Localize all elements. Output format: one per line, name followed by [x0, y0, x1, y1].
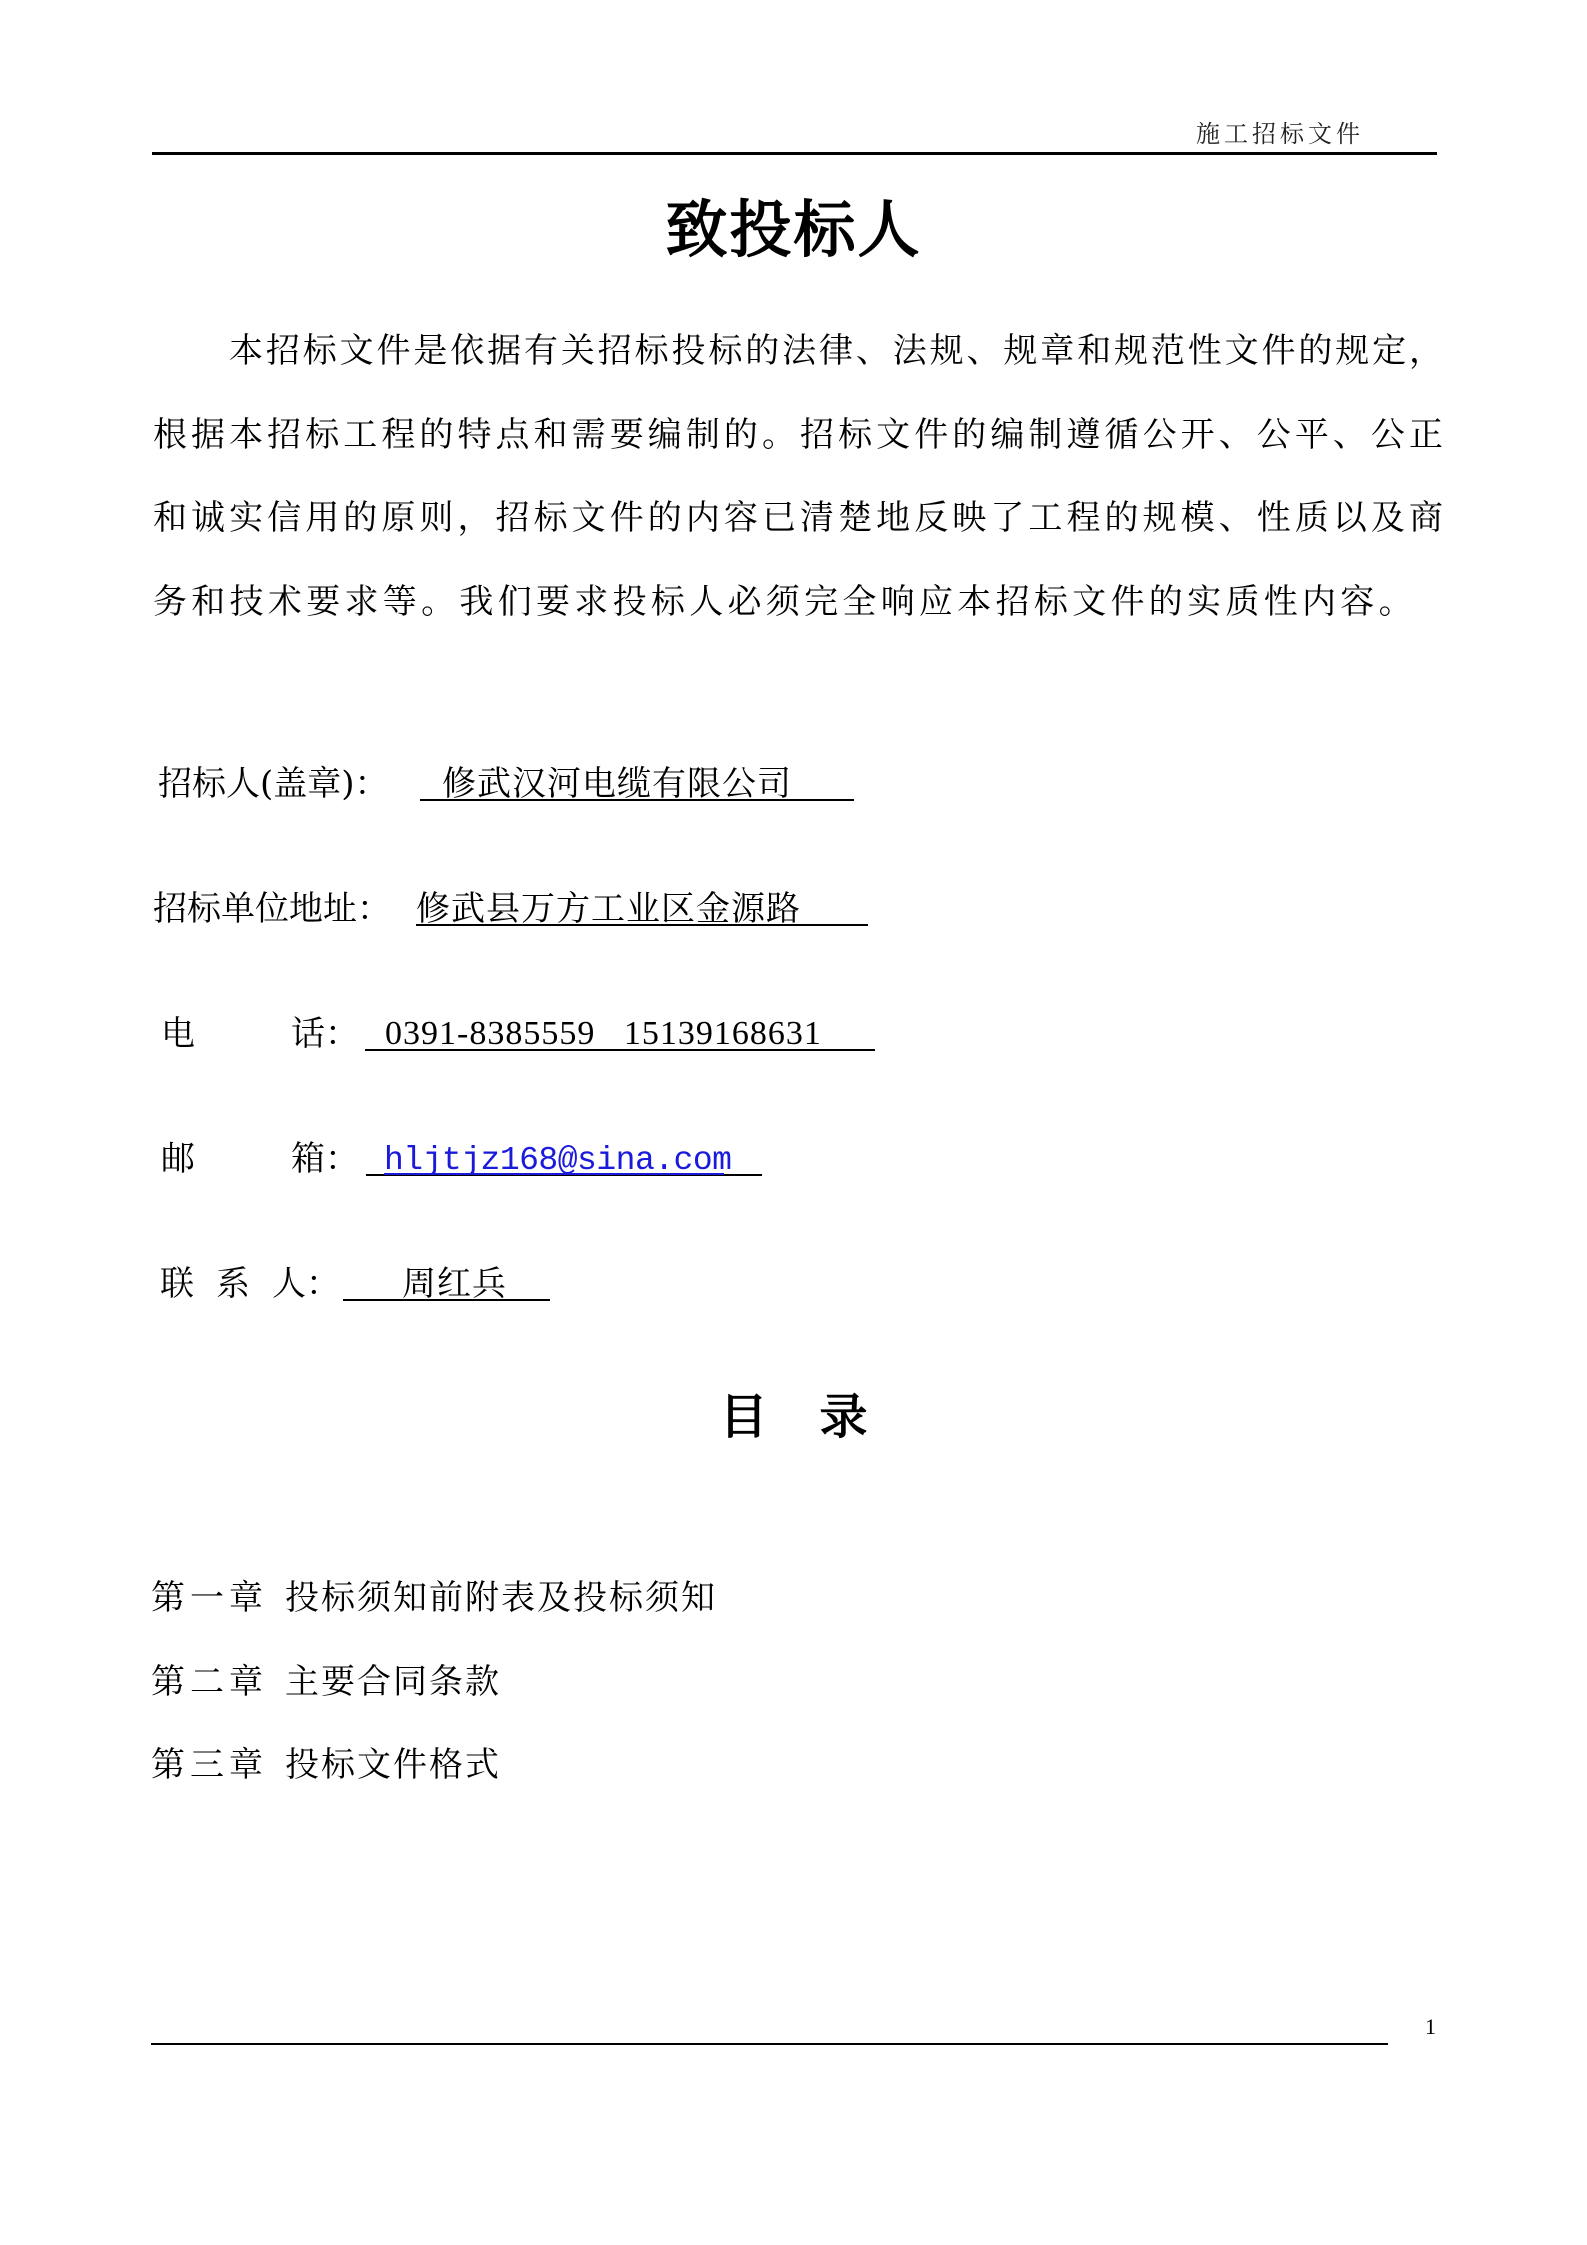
- toc-title-char: 目: [719, 1378, 767, 1447]
- phone-row: 电 话： 0391-8385559 15139168631: [0, 1012, 1587, 1056]
- address-label: 招标单位地址：: [153, 887, 391, 931]
- toc-chapter-title: 投标须知前附表及投标须知: [285, 1576, 717, 1620]
- contact-row: 联 系 人： 周红兵: [0, 1262, 1587, 1306]
- address-underline: [416, 924, 868, 926]
- toc-chapter: 第三章: [151, 1743, 268, 1787]
- contact-label-a: 联: [160, 1262, 194, 1306]
- email-link-underline: [384, 1173, 724, 1175]
- phone-underline: [365, 1049, 875, 1051]
- phone-label-a: 电: [161, 1012, 195, 1056]
- contact-label-b: 系: [216, 1262, 250, 1306]
- email-row: 邮 箱： hljtjz168@sina.com: [0, 1137, 1587, 1181]
- intro-line: 根据本招标工程的特点和需要编制的。招标文件的编制遵循公开、公平、公正: [153, 410, 1443, 494]
- running-header: 施工招标文件: [1196, 114, 1364, 149]
- address-row: 招标单位地址： 修武县万方工业区金源路: [0, 887, 1587, 931]
- tenderer-label: 招标人(盖章)：: [158, 762, 389, 806]
- intro-line: 和诚实信用的原则，招标文件的内容已清楚地反映了工程的规模、性质以及商: [153, 493, 1443, 577]
- footer-rule: [151, 2043, 1388, 2045]
- toc-chapter-title: 投标文件格式: [285, 1743, 501, 1787]
- email-link[interactable]: hljtjz168@sina.com: [384, 1139, 731, 1183]
- toc-chapter: 第一章: [151, 1576, 268, 1620]
- email-label-a: 邮: [161, 1137, 195, 1181]
- contact-label-c: 人：: [272, 1262, 340, 1306]
- intro-line: 本招标文件是依据有关招标投标的法律、法规、规章和规范性文件的规定，: [153, 326, 1443, 410]
- intro-line: 务和技术要求等。我们要求投标人必须完全响应本招标文件的实质性内容。: [153, 577, 1443, 661]
- page-number: 1: [1425, 2014, 1436, 2040]
- toc-title-char: 录: [820, 1378, 868, 1447]
- email-label-b: 箱：: [291, 1137, 359, 1181]
- contact-underline: [343, 1299, 550, 1301]
- toc-chapter: 第二章: [151, 1660, 268, 1704]
- tenderer-row: 招标人(盖章)： 修武汉河电缆有限公司: [0, 762, 1587, 806]
- phone-label-b: 话：: [291, 1012, 359, 1056]
- intro-paragraph: 本招标文件是依据有关招标投标的法律、法规、规章和规范性文件的规定， 根据本招标工…: [153, 326, 1443, 660]
- toc-chapter-title: 主要合同条款: [285, 1660, 501, 1704]
- page-title: 致投标人: [0, 180, 1587, 269]
- header-rule: [152, 152, 1437, 155]
- tenderer-underline: [420, 799, 854, 801]
- toc-title: 目录: [0, 1378, 1587, 1447]
